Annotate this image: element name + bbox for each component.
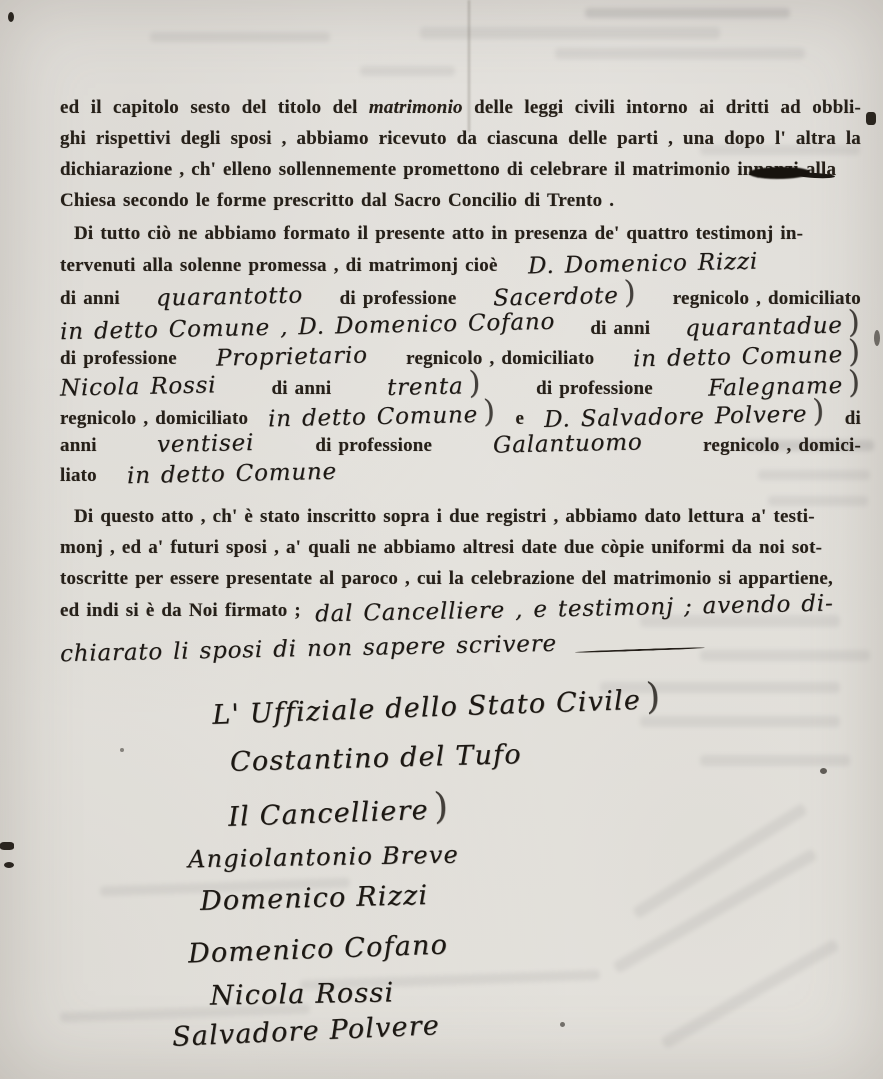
signature-text: Domenico Cofano xyxy=(188,929,449,969)
printed-text: di anni xyxy=(590,314,650,344)
text-line: toscritte per essere presentate al paroc… xyxy=(60,563,861,594)
signature-text: Costantino del Tufo xyxy=(230,739,522,778)
signature-text: Il Cancelliere xyxy=(227,784,449,835)
bleedthrough-ghost-text xyxy=(585,8,790,18)
ink-speck xyxy=(866,112,876,125)
signature-official-name: Costantino del Tufo xyxy=(230,743,861,774)
document-body: ed il capitolo sesto del titolo del matr… xyxy=(60,92,861,1047)
signature-text: Nicola Rossi xyxy=(210,977,395,1011)
text-line: regnicolo , domiciliato in detto Comune … xyxy=(60,399,861,429)
handwritten-witness2-profession: Proprietario xyxy=(215,340,367,373)
signature-block: L' Uffiziale dello Stato Civile Costanti… xyxy=(60,682,861,1047)
handwritten-witness4-age: ventisei xyxy=(157,428,255,460)
handwritten-witness4-domicile: in detto Comune xyxy=(127,457,338,491)
ink-speck xyxy=(874,330,880,346)
handwritten-witness1-age: quarantotto xyxy=(156,280,304,313)
printed-text: di anni xyxy=(60,284,120,314)
printed-text: delle leggi civili intorno ai dritti ad … xyxy=(463,97,861,118)
handwritten-witness3-name: Nicola Rossi xyxy=(60,370,217,403)
signature-text: Domenico Rizzi xyxy=(200,880,429,917)
handwritten-witness3-domicile: in detto Comune xyxy=(268,397,497,435)
signature-witness2: Domenico Cofano xyxy=(188,934,861,965)
text-line: Di questo atto , ch' è stato inscritto s… xyxy=(60,501,861,532)
bleedthrough-ghost-text xyxy=(360,66,455,76)
signature-chancellor-title: Il Cancelliere xyxy=(228,788,861,831)
text-line: anni ventisei di professione Galantuomo … xyxy=(60,429,861,459)
signature-witness3: Nicola Rossi xyxy=(210,979,861,1010)
printed-text: di xyxy=(845,404,861,434)
text-line: in detto Comune , D. Domenico Cofano di … xyxy=(60,309,861,339)
text-line: Di tutto ciò ne abbiamo formato il prese… xyxy=(60,218,861,249)
signature-text: Salvadore Polvere xyxy=(171,1010,440,1053)
text-line: chiarato li sposi di non sapere scrivere xyxy=(60,634,861,668)
text-line: tervenuti alla solenne promessa , di mat… xyxy=(60,249,861,279)
signature-text: Angiolantonio Breve xyxy=(188,841,459,874)
opening-paragraph: ed il capitolo sesto del titolo del matr… xyxy=(60,92,861,216)
text-line: monj , ed a' futuri sposi , a' quali ne … xyxy=(60,532,861,563)
handwritten-signing-note: dal Cancelliere , e testimonj ; avendo d… xyxy=(315,589,834,630)
signature-witness1: Domenico Rizzi xyxy=(200,883,861,914)
printed-text: dichiarazione , ch' elleno sollennemente… xyxy=(60,159,737,180)
bleedthrough-ghost-text xyxy=(420,27,720,39)
printed-italic-word: matrimonio xyxy=(369,97,463,118)
scanned-marriage-record-page: ed il capitolo sesto del titolo del matr… xyxy=(0,0,883,1079)
text-line: dichiarazione , ch' elleno sollennemente… xyxy=(60,154,861,185)
signature-chancellor-name: Angiolantonio Breve xyxy=(188,843,861,871)
printed-text: anni xyxy=(60,431,97,461)
signature-text: L' Uffiziale dello Stato Civile xyxy=(211,674,662,733)
witnesses-paragraph: Di tutto ciò ne abbiamo formato il prese… xyxy=(60,218,861,489)
handwritten-illiteracy-declaration: chiarato li sposi di non sapere scrivere xyxy=(60,629,557,669)
bleedthrough-ghost-text xyxy=(150,32,330,42)
printed-text: ed indi si è da Noi firmato ; xyxy=(60,596,301,626)
text-line: liato in detto Comune xyxy=(60,459,861,489)
signature-witness4: Salvadore Polvere xyxy=(172,1016,861,1047)
handwritten-witness1-name: D. Domenico Rizzi xyxy=(527,247,758,282)
pen-flourish xyxy=(575,647,705,654)
ink-speck xyxy=(8,12,14,22)
printed-text: ed il capitolo sesto del titolo del xyxy=(60,97,369,118)
text-line: ed il capitolo sesto del titolo del matr… xyxy=(60,92,861,123)
ink-speck xyxy=(4,862,14,868)
signature-official-title: L' Uffiziale dello Stato Civile xyxy=(212,682,861,725)
printed-text: di professione xyxy=(60,344,177,374)
text-line: ed indi si è da Noi firmato ; dal Cancel… xyxy=(60,594,861,624)
text-line: di anni quarantotto di professione Sacer… xyxy=(60,279,861,309)
text-line: Chiesa secondo le forme prescritto dal S… xyxy=(60,185,861,216)
handwritten-witness4-profession: Galantuomo xyxy=(493,427,643,460)
bleedthrough-ghost-text xyxy=(555,48,805,59)
printed-text: tervenuti alla solenne promessa , di mat… xyxy=(60,251,498,281)
closing-paragraph: Di questo atto , ch' è stato inscritto s… xyxy=(60,501,861,668)
printed-text: liato xyxy=(60,461,97,491)
inked-over-text: innanzi alla xyxy=(737,159,836,180)
text-line: Nicola Rossi di anni trenta di professio… xyxy=(60,369,861,399)
ink-speck xyxy=(0,842,14,850)
text-line: ghi rispettivi degli sposi , abbiamo ric… xyxy=(60,123,861,154)
printed-text: regnicolo , domici- xyxy=(703,431,861,461)
